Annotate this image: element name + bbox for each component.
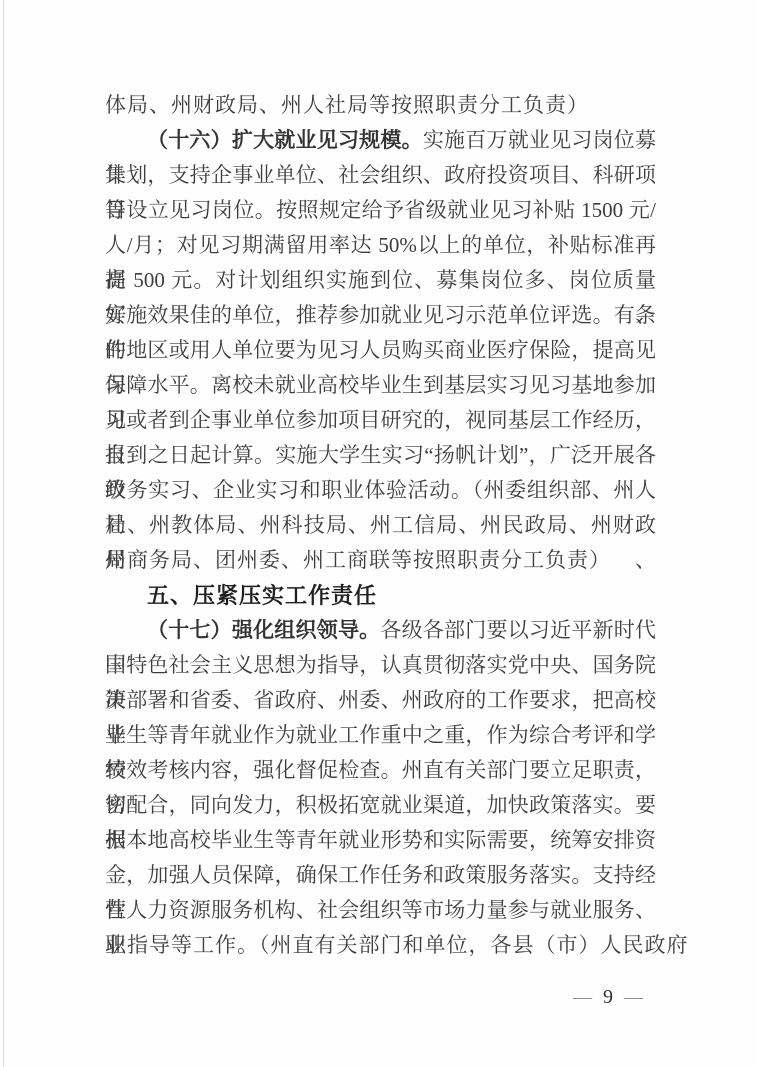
section-heading: 五、压紧压实工作责任 xyxy=(105,578,656,613)
document-content: 体局、州财政局、州人社局等按照职责分工负责）（十六）扩大就业见习规模。实施百万就… xyxy=(105,88,656,963)
text-segment: 体局、州财政局、州人社局等按照职责分工负责） xyxy=(105,93,589,117)
text-line: 体局、州财政局、州人社局等按照职责分工负责） xyxy=(105,88,656,123)
page-number: 9 xyxy=(603,986,613,1009)
text-line: 实施效果佳的单位，推荐参加就业见习示范单位评选。有条件 xyxy=(105,298,656,333)
text-line: 金，加强人员保障，确保工作任务和政策服务落实。支持经营 xyxy=(105,858,656,893)
document-page: 体局、州财政局、州人社局等按照职责分工负责）（十六）扩大就业见习规模。实施百万就… xyxy=(0,0,757,1067)
text-segment: 业指导等工作。（州直有关部门和单位，各县（市）人民政府 xyxy=(105,933,689,957)
text-line: 政务实习、企业实习和职业体验活动。（州委组织部、州人社 xyxy=(105,473,656,508)
text-line: 策部署和省委、省政府、州委、州政府的工作要求，把高校毕 xyxy=(105,683,656,718)
footer-dash-right: — xyxy=(624,987,643,1009)
text-line: 据本地高校毕业生等青年就业形势和实际需要，统筹安排资 xyxy=(105,823,656,858)
text-line: 业生等青年就业作为就业工作重中之重，作为综合考评和学校 xyxy=(105,718,656,753)
text-line: 计划，支持企事业单位、社会组织、政府投资项目、科研项目 xyxy=(105,158,656,193)
text-line: （十六）扩大就业见习规模。实施百万就业见习岗位募集 xyxy=(105,123,656,158)
text-line: 国特色社会主义思想为指导，认真贯彻落实党中央、国务院决 xyxy=(105,648,656,683)
text-line: 的地区或用人单位要为见习人员购买商业医疗保险，提高见习 xyxy=(105,333,656,368)
text-line: 保障水平。离校未就业高校毕业生到基层实习见习基地参加见 xyxy=(105,368,656,403)
text-segment: 五、压紧压实工作责任 xyxy=(147,583,377,608)
page-footer: — 9 — xyxy=(573,986,643,1009)
text-line: 业指导等工作。（州直有关部门和单位，各县（市）人民政府 xyxy=(105,928,656,963)
text-segment: 据本地高校毕业生等青年就业形势和实际需要，统筹安排资 xyxy=(105,828,656,852)
text-line: 绩效考核内容，强化督促检查。州直有关部门要立足职责，密 xyxy=(105,753,656,788)
text-segment: 州商务局、团州委、州工商联等按照职责分工负责） xyxy=(105,548,611,572)
clause-title: （十六）扩大就业见习规模。 xyxy=(147,128,423,152)
text-segment: 等设立见习岗位。按照规定给予省级就业见习补贴 1500 元/ xyxy=(105,198,656,222)
text-line: 等设立见习岗位。按照规定给予省级就业见习补贴 1500 元/ xyxy=(105,193,656,228)
text-line: 报到之日起计算。实施大学生实习“扬帆计划”，广泛开展各级 xyxy=(105,438,656,473)
text-line: 切配合，同向发力，积极拓宽就业渠道，加快政策落实。要根 xyxy=(105,788,656,823)
clause-title: （十七）强化组织领导。 xyxy=(147,618,380,642)
text-line: 州商务局、团州委、州工商联等按照职责分工负责） xyxy=(105,543,656,578)
text-line: 局、州教体局、州科技局、州工信局、州民政局、州财政局、 xyxy=(105,508,656,543)
footer-dash-left: — xyxy=(573,987,592,1009)
text-line: 性人力资源服务机构、社会组织等市场力量参与就业服务、职 xyxy=(105,893,656,928)
page-left-edge-line xyxy=(3,0,4,1067)
text-line: 高 500 元。对计划组织实施到位、募集岗位多、岗位质量好、 xyxy=(105,263,656,298)
text-line: （十七）强化组织领导。各级各部门要以习近平新时代中 xyxy=(105,613,656,648)
text-line: 习或者到企事业单位参加项目研究的，视同基层工作经历，自 xyxy=(105,403,656,438)
text-line: 人/月；对见习期满留用率达 50%以上的单位，补贴标准再提 xyxy=(105,228,656,263)
